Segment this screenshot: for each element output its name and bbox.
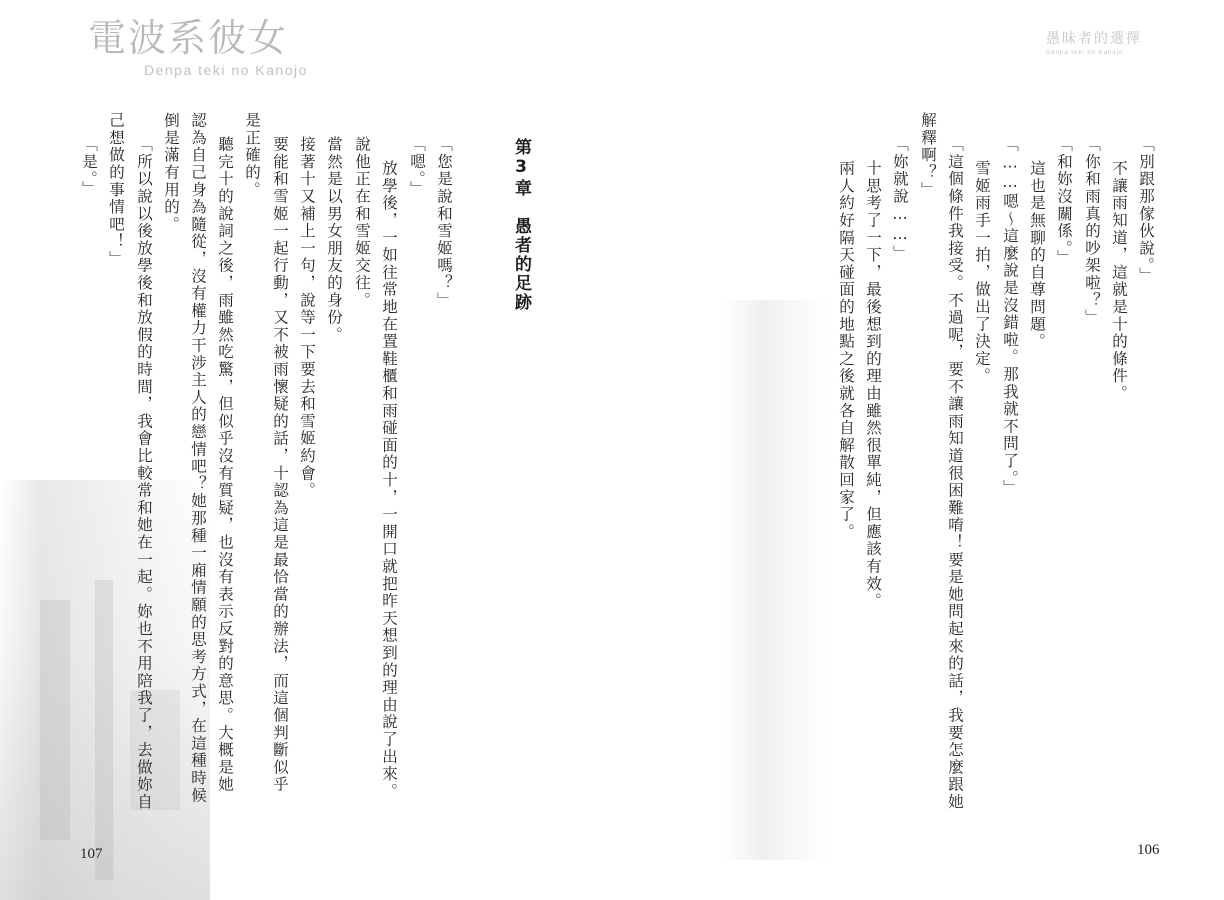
text-line: 「你和雨真的吵架啦？」 — [1080, 136, 1104, 326]
text-line: 「是。」 — [77, 136, 101, 197]
text-line: 當然是以男女朋友的身份。 — [322, 136, 346, 344]
text-line: 「您是說和雪姬嗎？」 — [432, 136, 456, 309]
text-line: 認為自己身為隨從，沒有權力干涉主人的戀情吧？她那種一廂情願的思考方式，在這種時候 — [186, 112, 210, 804]
text-line: 己想做的事情吧！」 — [104, 112, 128, 268]
text-line: 放學後，一如往常地在置鞋櫃和雨碰面的十，一開口就把昨天想到的理由說了出來。 — [377, 160, 401, 800]
left-page: 電波系彼女 Denpa teki no Kanojo 第3章 愚者的足跡 「您是… — [0, 0, 612, 900]
text-line: 「別跟那傢伙說。」 — [1134, 136, 1158, 284]
chapter-running-title: 愚昧者的選擇 — [1046, 28, 1142, 48]
text-line: 「嗯。」 — [405, 136, 429, 197]
chapter-heading: 第3章 愚者的足跡 — [509, 138, 534, 312]
text-line: 說他正在和雪姬交往。 — [350, 136, 374, 309]
text-line: 「這個條件我接受。不過呢，要不讓雨知道很困難唷！要是她問起來的話，我要怎麼跟她 — [943, 136, 967, 811]
faded-illustration — [0, 480, 210, 900]
series-subtitle: Denpa teki no Kanojo — [88, 62, 308, 78]
text-line: 兩人約好隔天碰面的地點之後就各自解散回家了。 — [834, 160, 858, 541]
text-line: 解釋啊？」 — [916, 112, 940, 199]
text-line: 聽完十的說詞之後，雨雖然吃驚，但似乎沒有質疑，也沒有表示反對的意思。大概是她 — [213, 136, 237, 793]
chapter-running-logo: 愚昧者的選擇 Denpa teki no Kanojo — [1046, 28, 1142, 56]
text-line: 是正確的。 — [240, 112, 264, 199]
text-line: 要能和雪姬一起行動，又不被雨懷疑的話，十認為這是最恰當的辦法，而這個判斷似乎 — [268, 136, 292, 793]
text-line: 「妳就說……」 — [888, 136, 912, 262]
text-line: 「……嗯～這麼說是沒錯啦。那我就不問了。」 — [998, 136, 1022, 497]
text-line: 「所以說以後放學後和放假的時間，我會比較常和她在一起。妳也不用陪我了，去做妳自 — [132, 136, 156, 811]
text-line: 十思考了一下，最後想到的理由雖然很單純，但應該有效。 — [861, 160, 885, 610]
text-line: 不讓雨知道，這就是十的條件。 — [1107, 160, 1131, 402]
text-line: 「和妳沒關係。」 — [1052, 136, 1076, 267]
page-number: 107 — [80, 846, 103, 863]
chapter-running-subtitle: Denpa teki no Kanojo — [1046, 50, 1142, 56]
page-number: 106 — [1137, 842, 1160, 859]
text-line: 倒是滿有用的。 — [159, 112, 183, 233]
illustration-shape — [40, 600, 70, 840]
series-logo: 電波系彼女 Denpa teki no Kanojo — [88, 16, 308, 78]
text-line: 雪姬雨手一拍，做出了決定。 — [970, 160, 994, 385]
illustration-shape — [95, 580, 113, 880]
text-line: 這也是無聊的自尊問題。 — [1025, 160, 1049, 350]
text-line: 接著十又補上一句，說等一下要去和雪姬約會。 — [295, 136, 319, 499]
book-spread: 電波系彼女 Denpa teki no Kanojo 第3章 愚者的足跡 「您是… — [0, 0, 1224, 900]
right-page: 愚昧者的選擇 Denpa teki no Kanojo 「別跟那傢伙說。」 不讓… — [612, 0, 1224, 900]
series-title: 電波系彼女 — [88, 16, 308, 60]
